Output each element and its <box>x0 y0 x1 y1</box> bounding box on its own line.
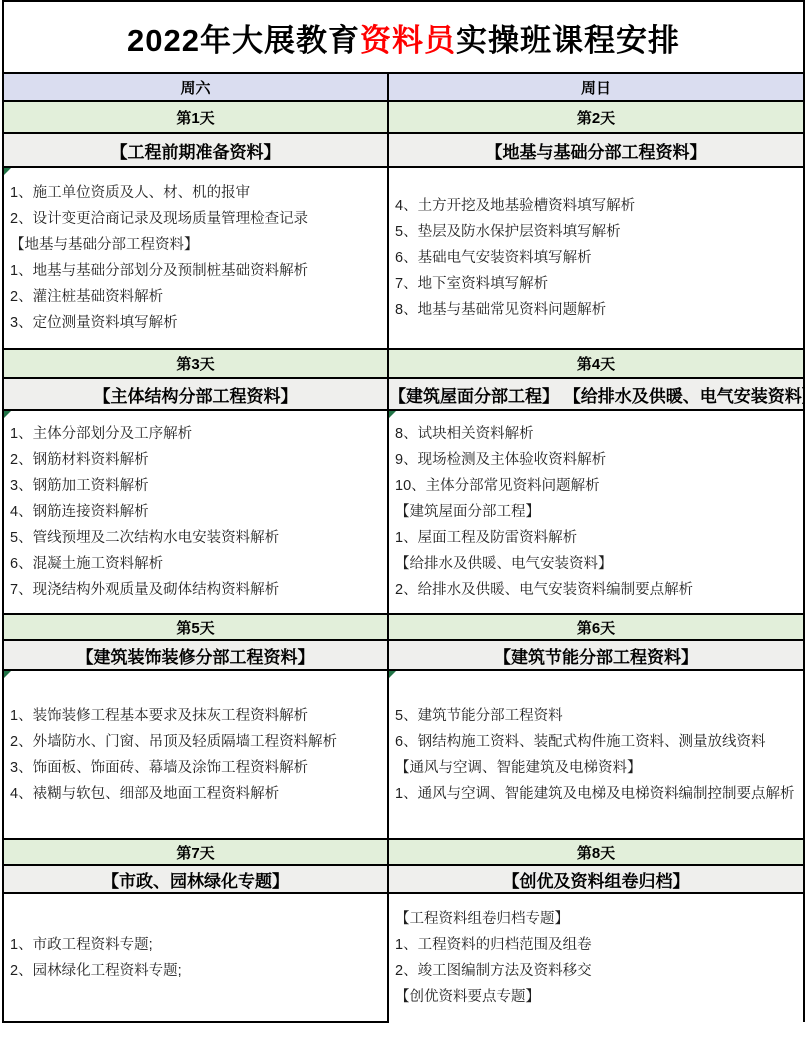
content-cell-day1: 1、施工单位资质及人、材、机的报审 2、设计变更洽商记录及现场质量管理检查记录 … <box>3 167 388 349</box>
content-cell-day2: 4、土方开挖及地基验槽资料填写解析 5、垫层及防水保护层资料填写解析 6、基础电… <box>388 167 804 349</box>
day-label-6: 第6天 <box>388 614 804 640</box>
section-row-7-8: 【市政、园林绿化专题】 【创优及资料组卷归档】 <box>3 865 804 893</box>
section-header-day8: 【创优及资料组卷归档】 <box>388 865 804 893</box>
course-schedule-sheet: 2022年大展教育资料员实操班课程安排 周六 周日 第1天 第2天 【工程前期准… <box>0 0 805 1050</box>
content-lines-day4: 8、试块相关资料解析 9、现场检测及主体验收资料解析 10、主体分部常见资料问题… <box>389 421 803 603</box>
content-lines-day1: 1、施工单位资质及人、材、机的报审 2、设计变更洽商记录及现场质量管理检查记录 … <box>4 180 387 336</box>
day-label-8: 第8天 <box>388 839 804 865</box>
content-cell-day4: 8、试块相关资料解析 9、现场检测及主体验收资料解析 10、主体分部常见资料问题… <box>388 410 804 614</box>
section-header-day5: 【建筑装饰装修分部工程资料】 <box>3 640 388 670</box>
content-lines-day8: 【工程资料组卷归档专题】 1、工程资料的归档范围及组卷 2、竣工图编制方法及资料… <box>389 906 803 1010</box>
content-cell-day7: 1、市政工程资料专题; 2、园林绿化工程资料专题; <box>3 893 388 1022</box>
day-label-7: 第7天 <box>3 839 388 865</box>
content-cell-day8: 【工程资料组卷归档专题】 1、工程资料的归档范围及组卷 2、竣工图编制方法及资料… <box>388 893 804 1022</box>
day-label-2: 第2天 <box>388 101 804 133</box>
content-cell-day6: 5、建筑节能分部工程资料 6、钢结构施工资料、装配式构件施工资料、测量放线资料 … <box>388 670 804 839</box>
day-row-3-4: 第3天 第4天 <box>3 349 804 378</box>
section-header-day7: 【市政、园林绿化专题】 <box>3 865 388 893</box>
cell-flag-icon <box>4 411 11 418</box>
title-row: 2022年大展教育资料员实操班课程安排 <box>3 1 804 73</box>
section-row-1-2: 【工程前期准备资料】 【地基与基础分部工程资料】 <box>3 133 804 167</box>
cell-flag-icon <box>389 411 396 418</box>
page-title: 2022年大展教育资料员实操班课程安排 <box>3 1 804 73</box>
section-header-day1: 【工程前期准备资料】 <box>3 133 388 167</box>
content-lines-day5: 1、装饰装修工程基本要求及抹灰工程资料解析 2、外墙防水、门窗、吊顶及轻质隔墙工… <box>4 703 387 807</box>
content-lines-day2: 4、土方开挖及地基验槽资料填写解析 5、垫层及防水保护层资料填写解析 6、基础电… <box>389 193 803 323</box>
title-highlight: 资料员 <box>360 23 456 58</box>
day-label-4: 第4天 <box>388 349 804 378</box>
day-row-1-2: 第1天 第2天 <box>3 101 804 133</box>
content-lines-day6: 5、建筑节能分部工程资料 6、钢结构施工资料、装配式构件施工资料、测量放线资料 … <box>389 703 803 807</box>
day-label-3: 第3天 <box>3 349 388 378</box>
week-header-row: 周六 周日 <box>3 73 804 101</box>
cell-flag-icon <box>389 671 396 678</box>
content-row-1-2: 1、施工单位资质及人、材、机的报审 2、设计变更洽商记录及现场质量管理检查记录 … <box>3 167 804 349</box>
section-row-3-4: 【主体结构分部工程资料】 【建筑屋面分部工程】 【给排水及供暖、电气安装资料】 <box>3 378 804 410</box>
content-lines-day3: 1、主体分部划分及工序解析 2、钢筋材料资料解析 3、钢筋加工资料解析 4、钢筋… <box>4 421 387 603</box>
section-header-day6: 【建筑节能分部工程资料】 <box>388 640 804 670</box>
content-row-3-4: 1、主体分部划分及工序解析 2、钢筋材料资料解析 3、钢筋加工资料解析 4、钢筋… <box>3 410 804 614</box>
section-header-day3: 【主体结构分部工程资料】 <box>3 378 388 410</box>
course-schedule-table: 2022年大展教育资料员实操班课程安排 周六 周日 第1天 第2天 【工程前期准… <box>2 0 805 1023</box>
day-row-7-8: 第7天 第8天 <box>3 839 804 865</box>
day-label-5: 第5天 <box>3 614 388 640</box>
day-row-5-6: 第5天 第6天 <box>3 614 804 640</box>
content-cell-day3: 1、主体分部划分及工序解析 2、钢筋材料资料解析 3、钢筋加工资料解析 4、钢筋… <box>3 410 388 614</box>
cell-flag-icon <box>4 671 11 678</box>
title-suffix: 实操班课程安排 <box>456 23 680 58</box>
title-prefix: 2022年大展教育 <box>127 23 360 58</box>
content-row-7-8: 1、市政工程资料专题; 2、园林绿化工程资料专题; 【工程资料组卷归档专题】 1… <box>3 893 804 1022</box>
week-header-sunday: 周日 <box>388 73 804 101</box>
section-header-day4: 【建筑屋面分部工程】 【给排水及供暖、电气安装资料】 <box>388 378 804 410</box>
week-header-saturday: 周六 <box>3 73 388 101</box>
cell-flag-icon <box>4 168 11 175</box>
section-row-5-6: 【建筑装饰装修分部工程资料】 【建筑节能分部工程资料】 <box>3 640 804 670</box>
content-cell-day5: 1、装饰装修工程基本要求及抹灰工程资料解析 2、外墙防水、门窗、吊顶及轻质隔墙工… <box>3 670 388 839</box>
section-header-day2: 【地基与基础分部工程资料】 <box>388 133 804 167</box>
day-label-1: 第1天 <box>3 101 388 133</box>
content-lines-day7: 1、市政工程资料专题; 2、园林绿化工程资料专题; <box>4 932 387 984</box>
content-row-5-6: 1、装饰装修工程基本要求及抹灰工程资料解析 2、外墙防水、门窗、吊顶及轻质隔墙工… <box>3 670 804 839</box>
